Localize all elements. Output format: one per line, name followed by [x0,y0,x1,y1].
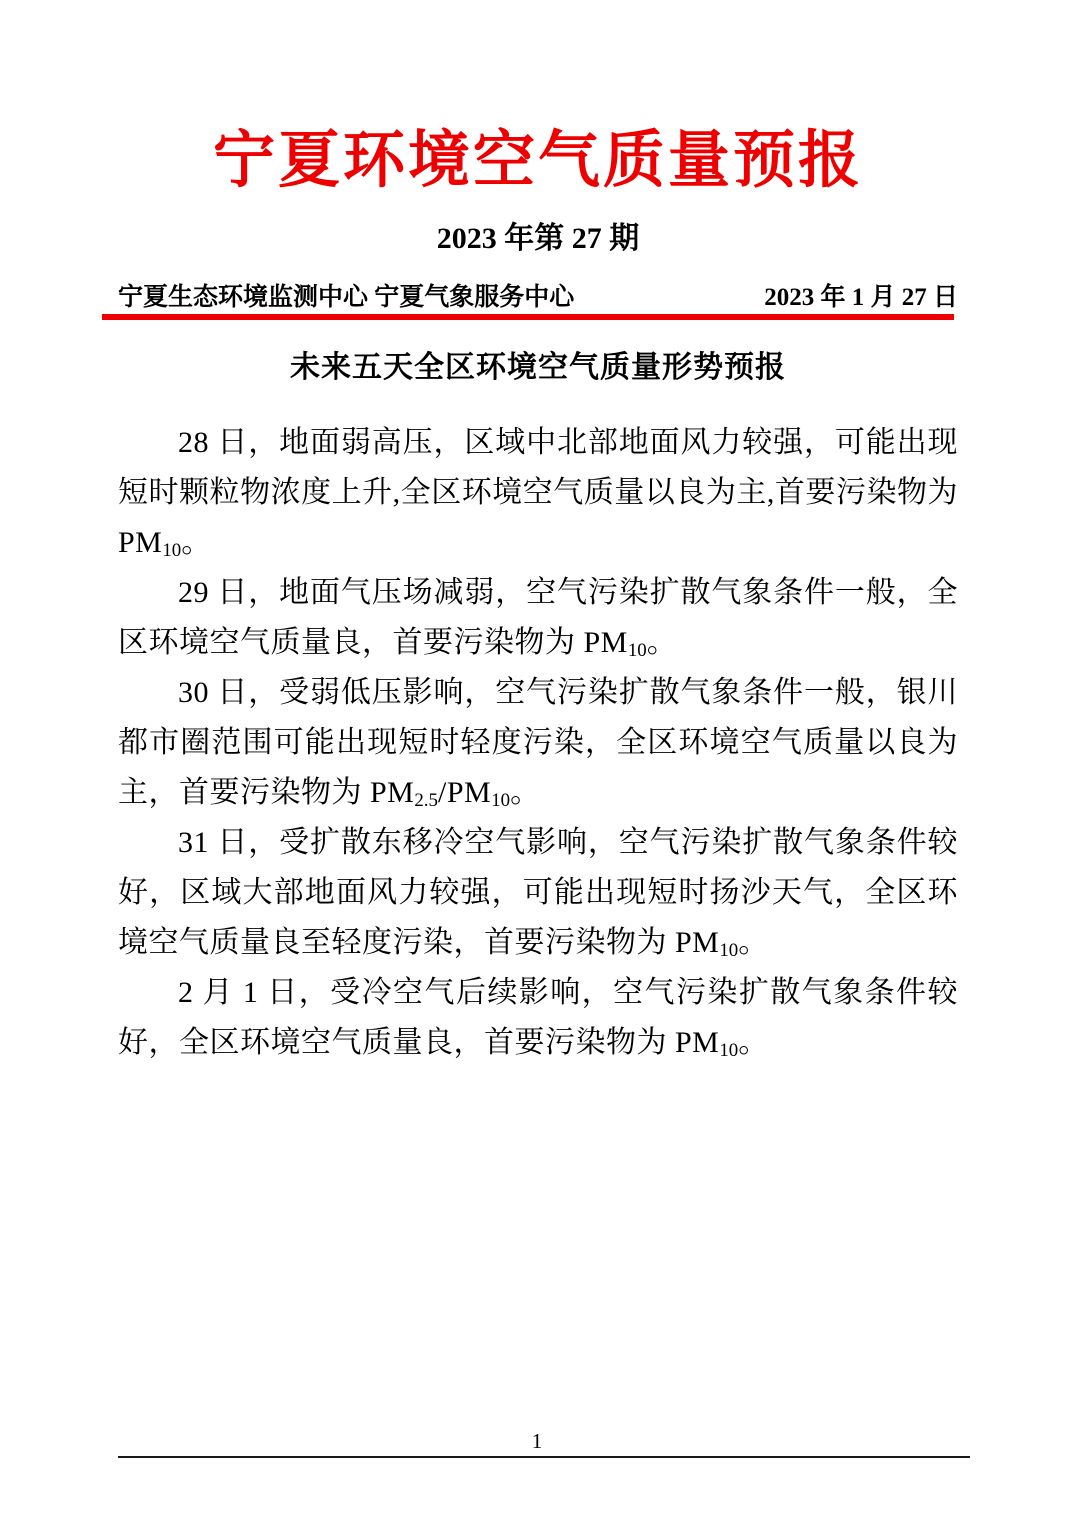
section-title: 未来五天全区环境空气质量形势预报 [118,348,958,388]
document-page: 宁夏环境空气质量预报 2023 年第 27 期 宁夏生态环境监测中心 宁夏气象服… [0,0,1074,1520]
paragraph-text: /PM [438,776,491,809]
paragraph-text: 。 [510,776,541,809]
paragraph-text: 。 [738,1026,769,1059]
body-paragraphs: 28 日，地面弱高压，区域中北部地面风力较强，可能出现短时颗粒物浓度上升,全区环… [118,418,958,1068]
issuing-organizations: 宁夏生态环境监测中心 宁夏气象服务中心 [118,282,574,314]
forecast-paragraph: 2 月 1 日，受冷空气后续影响，空气污染扩散气象条件较好，全区环境空气质量良，… [118,968,958,1068]
letterhead-divider [102,314,954,320]
paragraph-text: 28 日，地面弱高压，区域中北部地面风力较强，可能出现短时颗粒物浓度上升,全区环… [118,426,958,559]
pollutant-subscript: 10 [491,790,510,811]
paragraph-text: 2 月 1 日，受冷空气后续影响，空气污染扩散气象条件较好，全区环境空气质量良，… [118,976,958,1059]
paragraph-text: 31 日，受扩散东移冷空气影响，空气污染扩散气象条件较好，区域大部地面风力较强，… [118,826,958,959]
pollutant-subscript: 10 [719,1040,738,1061]
forecast-paragraph: 28 日，地面弱高压，区域中北部地面风力较强，可能出现短时颗粒物浓度上升,全区环… [118,418,958,568]
forecast-paragraph: 30 日，受弱低压影响，空气污染扩散气象条件一般，银川都市圈范围可能出现短时轻度… [118,668,958,818]
forecast-paragraph: 31 日，受扩散东移冷空气影响，空气污染扩散气象条件较好，区域大部地面风力较强，… [118,818,958,968]
pollutant-subscript: 2.5 [414,790,438,811]
paragraph-text: 。 [647,626,678,659]
forecast-paragraph: 29 日，地面气压场减弱，空气污染扩散气象条件一般，全区环境空气质量良，首要污染… [118,568,958,668]
page-number: 1 [0,1428,1074,1454]
paragraph-text: 。 [181,526,212,559]
pollutant-subscript: 10 [719,940,738,961]
document-title: 宁夏环境空气质量预报 [118,0,958,204]
document-content: 宁夏环境空气质量预报 2023 年第 27 期 宁夏生态环境监测中心 宁夏气象服… [0,0,1074,1068]
pollutant-subscript: 10 [162,540,181,561]
issue-date: 2023 年 1 月 27 日 [764,282,958,314]
letterhead-row: 宁夏生态环境监测中心 宁夏气象服务中心 2023 年 1 月 27 日 [118,282,958,314]
footer-divider [118,1456,970,1458]
issue-number: 2023 年第 27 期 [118,220,958,258]
paragraph-text: 29 日，地面气压场减弱，空气污染扩散气象条件一般，全区环境空气质量良，首要污染… [118,576,958,659]
pollutant-subscript: 10 [628,640,647,661]
paragraph-text: 。 [738,926,769,959]
